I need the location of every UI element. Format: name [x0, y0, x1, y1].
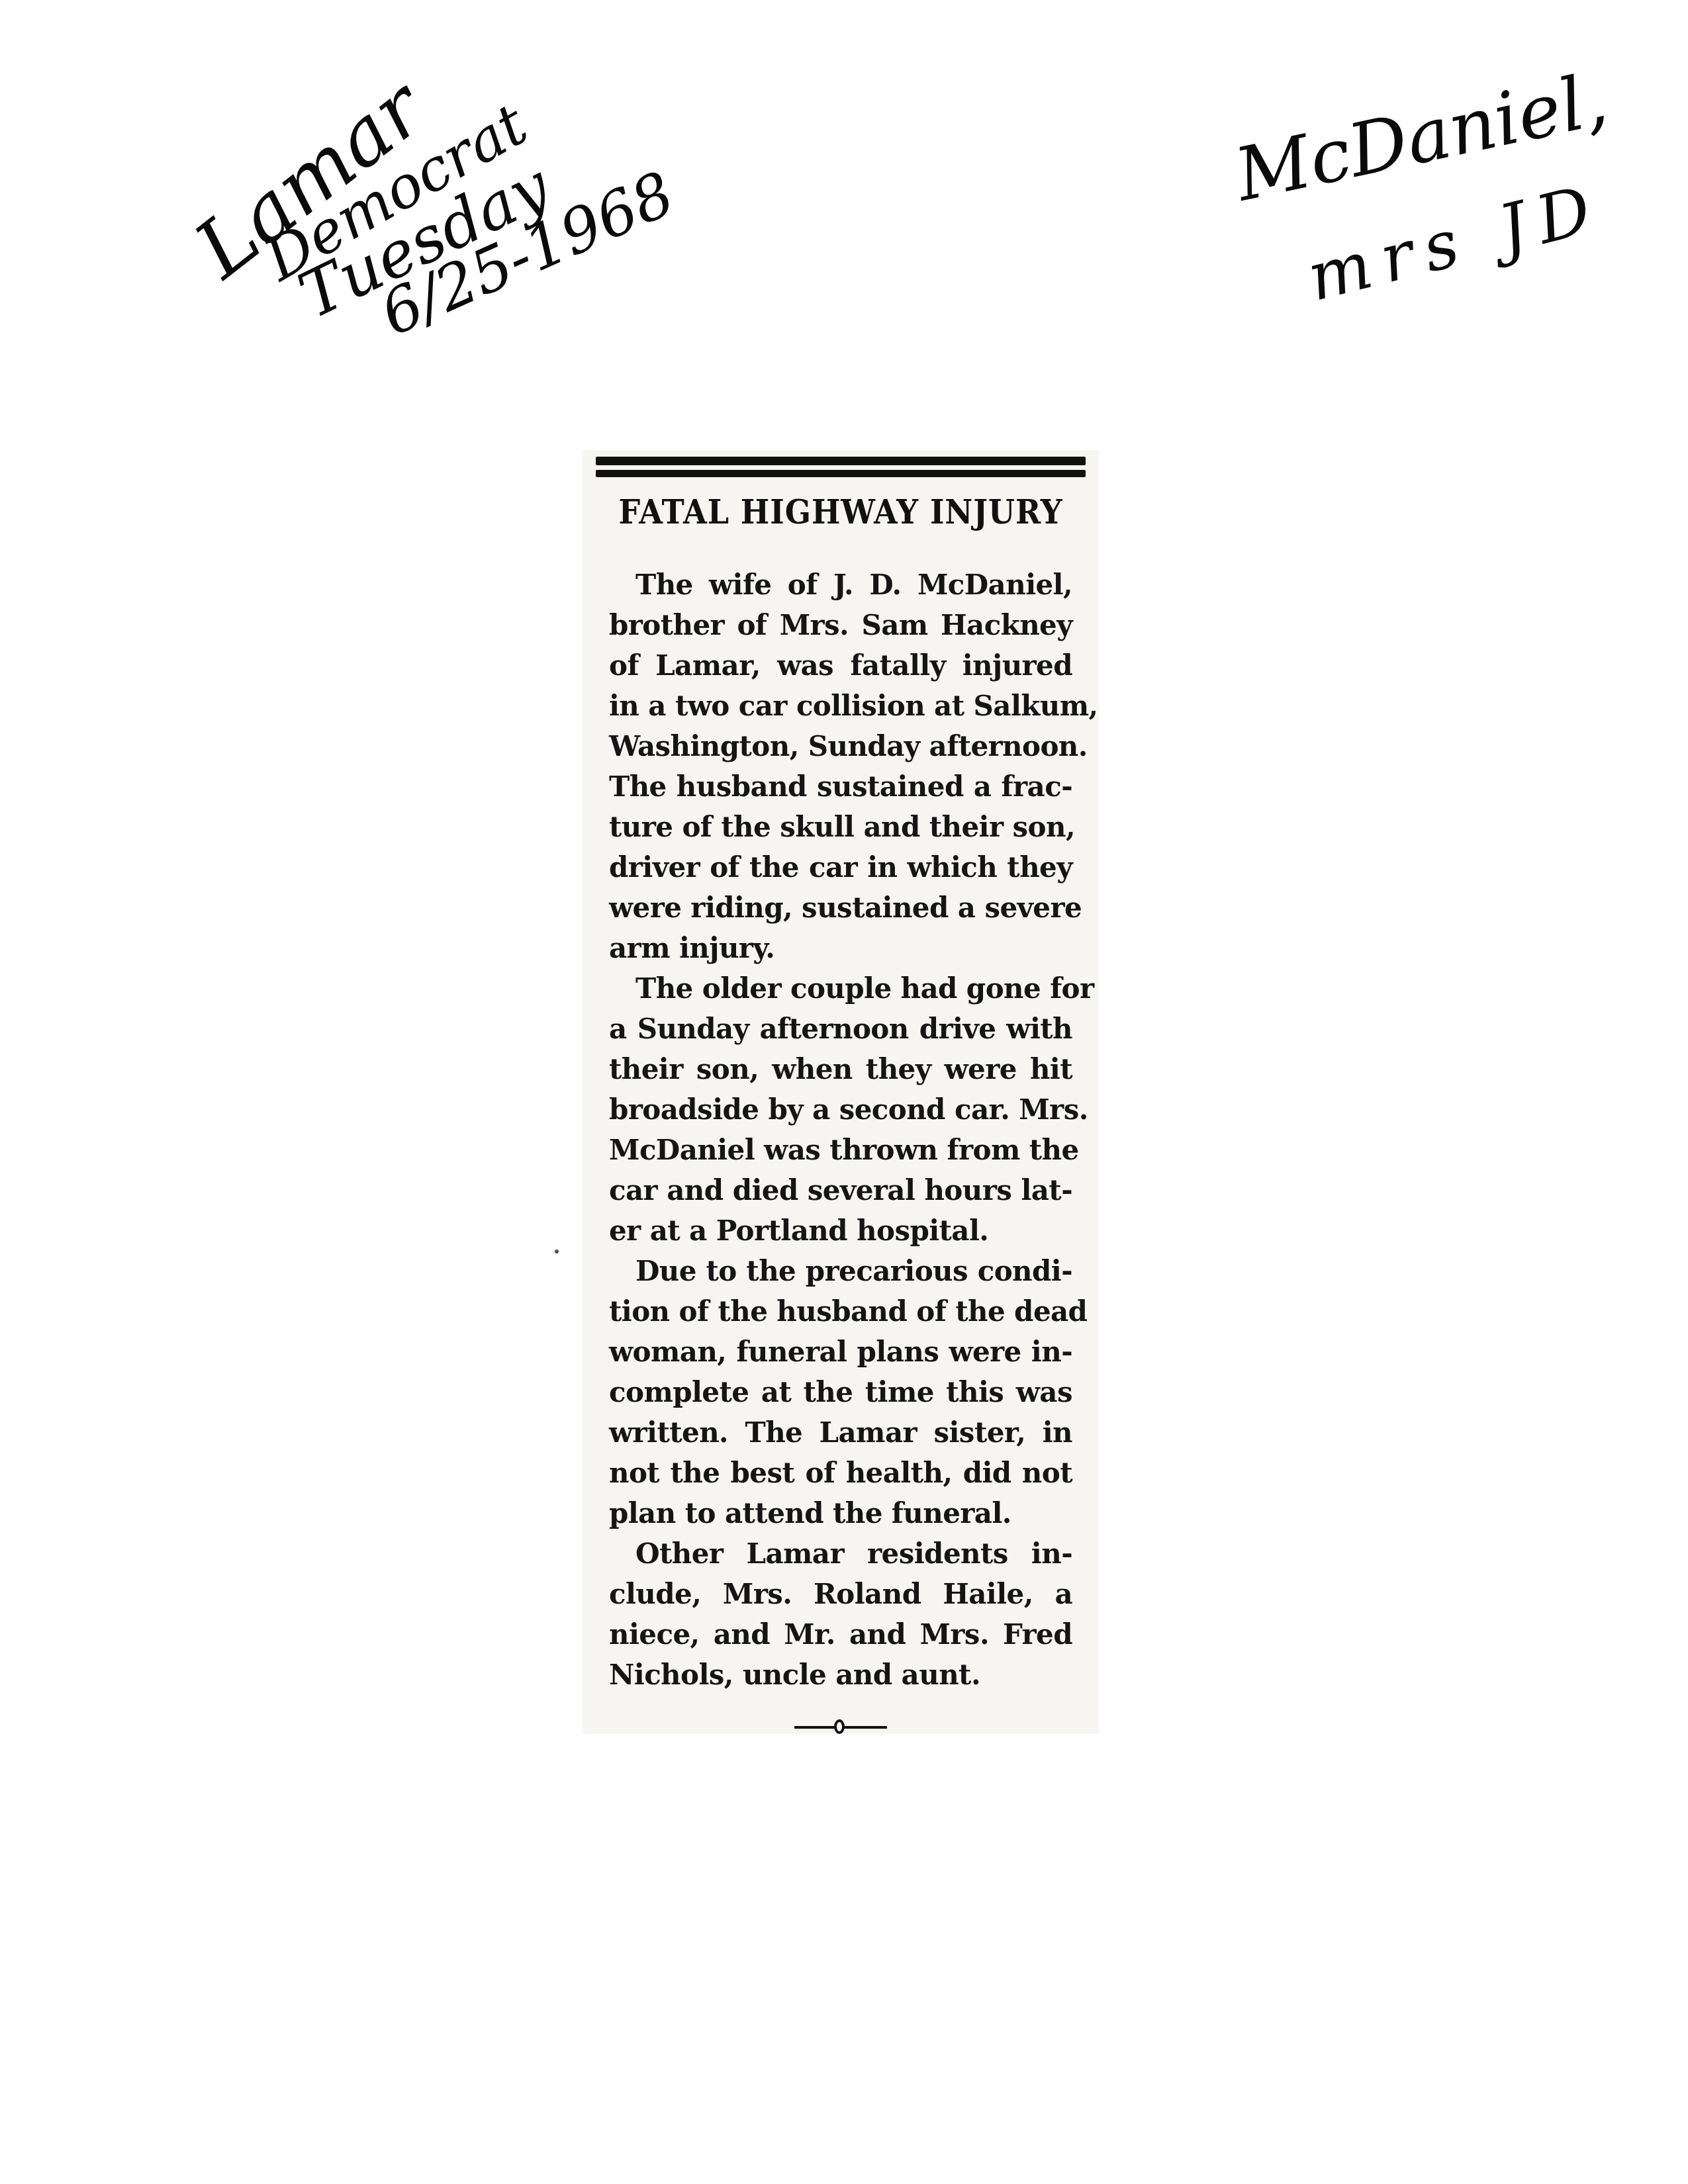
text-line: broadside by a second car. Mrs.	[609, 1089, 1072, 1130]
text-line: tion of the husband of the dead	[609, 1291, 1072, 1332]
text-line: The wife of J. D. McDaniel,	[609, 565, 1072, 605]
text-line: written. The Lamar sister, in	[609, 1412, 1072, 1453]
text-line: Washington, Sunday afternoon.	[609, 726, 1072, 766]
article-headline: FATAL HIGHWAY INJURY	[609, 492, 1072, 531]
text-line: ture of the skull and their son,	[609, 807, 1072, 847]
text-line: arm injury.	[609, 928, 1072, 968]
text-line: McDaniel was thrown from the	[609, 1130, 1072, 1170]
article-paragraph-1: The wife of J. D. McDaniel, brother of M…	[609, 565, 1072, 968]
text-line: woman, funeral plans were in-	[609, 1332, 1072, 1372]
text-line: were riding, sustained a severe	[609, 887, 1072, 928]
text-line: in a two car collision at Salkum,	[609, 686, 1072, 726]
handwritten-subject-note: McDaniel, mrs JD	[1231, 113, 1602, 351]
text-line: of Lamar, was fatally injured	[609, 645, 1072, 686]
text-line: driver of the car in which they	[609, 847, 1072, 887]
text-line: Nichols, uncle and aunt.	[609, 1655, 1072, 1695]
article-paragraph-4: Other Lamar residents in- clude, Mrs. Ro…	[609, 1533, 1072, 1695]
article-end-ornament	[794, 1717, 887, 1737]
article-paragraph-3: Due to the precarious condi- tion of the…	[609, 1251, 1072, 1533]
handwritten-source-note: Lamar Democrat Tuesday 6/25-1968	[218, 86, 669, 364]
text-line: car and died several hours lat-	[609, 1170, 1072, 1210]
text-line: not the best of health, did not	[609, 1453, 1072, 1493]
scan-speck	[555, 1250, 559, 1253]
text-line: er at a Portland hospital.	[609, 1210, 1072, 1251]
article-paragraph-2: The older couple had gone for a Sunday a…	[609, 968, 1072, 1251]
newspaper-clipping: FATAL HIGHWAY INJURY The wife of J. D. M…	[583, 450, 1099, 1734]
text-line: complete at the time this was	[609, 1372, 1072, 1412]
text-line: The older couple had gone for	[609, 968, 1072, 1009]
text-line: their son, when they were hit	[609, 1049, 1072, 1089]
text-line: Due to the precarious condi-	[609, 1251, 1072, 1291]
text-line: The husband sustained a frac-	[609, 766, 1072, 807]
article-body: The wife of J. D. McDaniel, brother of M…	[589, 565, 1092, 1695]
rule-bar-bottom	[596, 470, 1086, 477]
text-line: Other Lamar residents in-	[609, 1533, 1072, 1574]
rule-bar-top	[596, 457, 1086, 465]
text-line: niece, and Mr. and Mrs. Fred	[609, 1614, 1072, 1655]
text-line: a Sunday afternoon drive with	[609, 1009, 1072, 1049]
text-line: clude, Mrs. Roland Haile, a	[609, 1574, 1072, 1614]
text-line: plan to attend the funeral.	[609, 1493, 1072, 1533]
end-ornament-ring	[834, 1719, 845, 1734]
headline-double-rule	[589, 450, 1092, 479]
text-line: brother of Mrs. Sam Hackney	[609, 605, 1072, 645]
